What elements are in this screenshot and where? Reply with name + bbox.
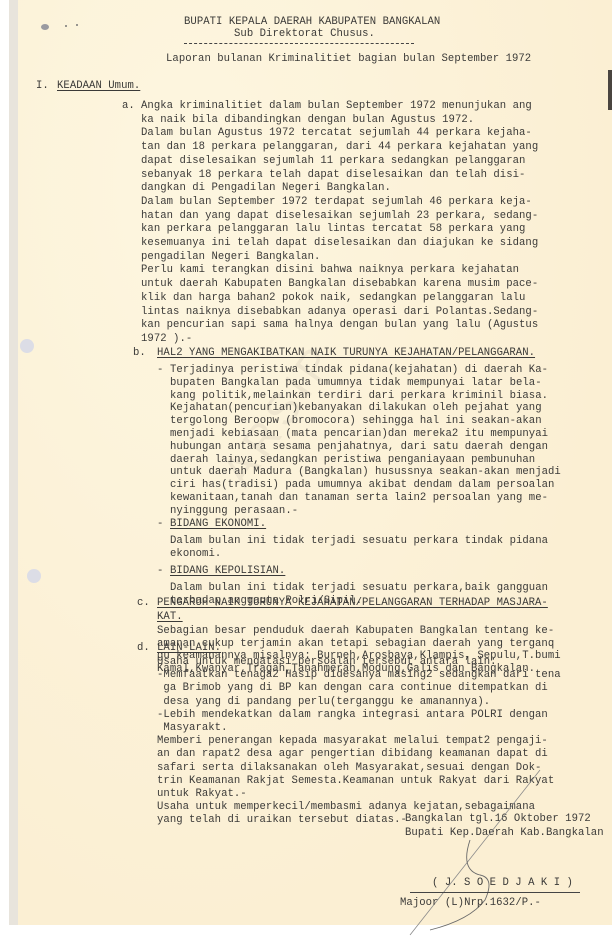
text-line: kesemuanya ini telah dapat diselesaikan …: [141, 237, 538, 251]
text-line: kewanitaan,tanah dan tanaman serta lain2…: [170, 492, 548, 506]
text-line: tergolong Beroopw (bromocora) sehingga h…: [170, 415, 542, 429]
item-b-heading: HAL2 YANG MENGAKIBATKAN NAIK TURUNYA KEJ…: [157, 347, 535, 361]
text-line: kang politik,melainkan terdiri dari perk…: [170, 390, 548, 404]
text-line: -Memfaatkan tenaga2 Hasip didesanya masi…: [157, 669, 561, 683]
text-line: ekonomi.: [170, 548, 221, 562]
text-line: untuk daerah Kabupaten Bangkalan disebab…: [141, 278, 538, 292]
item-d-marker: d.: [137, 642, 150, 656]
text-line: bupaten Bangkalan pada umumnya tidak mem…: [170, 377, 542, 391]
text-line: desa yang di pandang perlu(terganggu ke …: [157, 696, 490, 710]
text-line: daerah lainya,sedangkan peristiwa pengan…: [170, 454, 535, 468]
text-line: klik dan harga bahan2 pokok naik, sedang…: [141, 292, 525, 306]
item-c-marker: c.: [137, 597, 150, 611]
text-line: Terjadinya peristiwa tindak pidana(kejah…: [170, 364, 548, 378]
report-title: Laporan bulanan Kriminalitiet bagian bul…: [166, 53, 531, 67]
text-line: dapat diselesaikan sejumlah 11 perkara s…: [141, 155, 525, 169]
signature-scribble: [350, 760, 610, 940]
text-line: -Lebih mendekatkan dalam rangka integras…: [157, 709, 548, 723]
text-line: ga Brimob yang di BP kan dengan cara con…: [157, 682, 548, 696]
text-line: Usaha untuk mengatasi persoalan tersebut…: [157, 656, 497, 670]
item-b-marker: b.: [133, 347, 146, 361]
text-line: Angka kriminalitiet dalam bulan Septembe…: [141, 100, 532, 114]
text-line: Dalam bulan Agustus 1972 tercatat sejuml…: [141, 127, 532, 141]
text-line: kan pencurian sapi sama halnya dengan bu…: [141, 319, 538, 333]
ink-dot: [76, 24, 78, 26]
text-line: Dalam bulan ini tidak terjadi sesuatu pe…: [170, 582, 548, 596]
item-c-heading-line2: KAT.: [157, 611, 183, 625]
punch-hole: [20, 339, 34, 353]
text-line: Masyarakt.: [157, 722, 227, 736]
document-subtitle: Sub Direktorat Chusus.: [234, 28, 375, 42]
section-heading: KEADAAN Umum.: [57, 80, 140, 94]
text-line: hatan dan yang dapat diselesaikan sejuml…: [141, 210, 538, 224]
text-line: Perlu kami terangkan disini bahwa naikny…: [141, 264, 519, 278]
signature-line: [410, 892, 580, 893]
text-line: menjadi kebiasaan (mata pencarian)dan me…: [170, 428, 548, 442]
text-line: Dalam bulan ini tidak terjadi sesuatu pe…: [170, 535, 548, 549]
text-line: dangkan di Pengadilan Negeri Bangkalan.: [141, 182, 391, 196]
page-edge-shadow: [9, 0, 18, 925]
punch-hole: [27, 569, 41, 583]
text-line: kan perkara pelanggaran lalu lintas terc…: [141, 223, 525, 237]
text-line: tan dan 18 perkara pelanggaran, dari 44 …: [141, 141, 538, 155]
title-divider: [184, 43, 414, 44]
text-line: lintas naiknya disebabkan adanya operasi…: [141, 306, 538, 320]
ink-dot: [65, 25, 67, 27]
item-d-heading: LAIN-LAIN.: [157, 642, 221, 656]
text-line: Kejahatan(pencurian)kebanyakan dilakukan…: [170, 402, 542, 416]
text-line: ciri has(tradisi) pada umumnya akibat de…: [170, 479, 554, 493]
text-line: nyinggung perasaan.-: [170, 505, 298, 519]
text-line: ka naik bila dibandingkan dengan bulan A…: [141, 114, 474, 128]
ink-stain: [41, 24, 49, 30]
text-line: untuk daerah Madura (Bangkalan) husussny…: [170, 466, 561, 480]
item-b-bullet2-marker: -: [157, 518, 163, 532]
signatory-name: ( J. S O E D J A K I ): [432, 877, 573, 891]
text-line: untuk Rakyat.-: [157, 788, 247, 802]
text-line: pengadilan Negeri Bangkalan.: [141, 251, 320, 265]
scan-edge-artifact: [608, 70, 612, 110]
item-b-bullet3-marker: -: [157, 565, 163, 579]
text-line: hubungan antara sesama penjahatnya, dari…: [170, 441, 548, 455]
text-line: Memberi penerangan kepada masyarakat mel…: [157, 735, 548, 749]
section-number: I.: [36, 80, 49, 94]
text-line: 1972 ).-: [141, 333, 192, 347]
text-line: Dalam bulan September 1972 terdapat seju…: [141, 196, 532, 210]
item-a-marker: a.: [122, 100, 135, 114]
item-b-bullet2-heading: BIDANG EKONOMI.: [170, 518, 266, 532]
item-b-bullet3-heading: BIDANG KEPOLISIAN.: [170, 565, 285, 579]
item-b-bullet1-marker: -: [157, 364, 163, 378]
text-line: sebanyak 18 perkara telah dapat diselesa…: [141, 169, 525, 183]
signatory-rank: Majoor (L)Nrp.1632/P.-: [400, 897, 541, 911]
item-c-heading-line1: PENGARUH NAIK TURUNYA KEJAHATAN/PELANGGA…: [157, 597, 548, 611]
